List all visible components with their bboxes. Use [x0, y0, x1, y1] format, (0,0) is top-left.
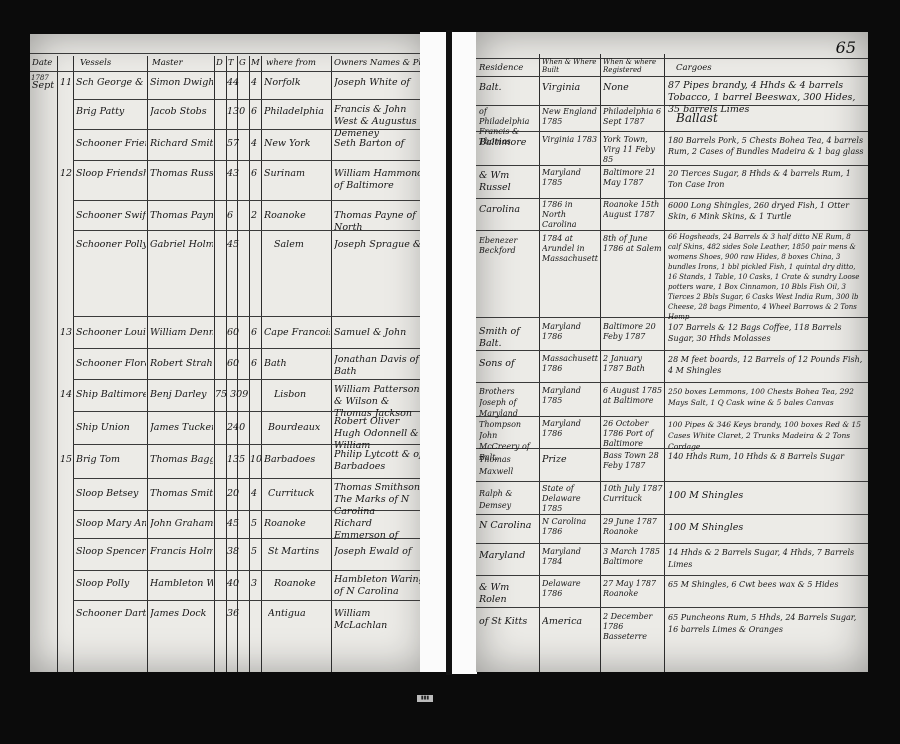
row-cargo: 65 Puncheons Rum, 5 Hhds, 24 Barrels Sug…: [668, 612, 864, 636]
column-rule: [600, 54, 601, 672]
microfilm-reel-label: ▮▮▮: [417, 695, 433, 702]
column-rule: [539, 54, 540, 672]
row-residence: Ebenezer Beckford: [479, 236, 537, 256]
row-tons: 20: [227, 488, 239, 500]
row-guns: 6: [251, 106, 257, 118]
row-owners: William Hammond of Baltimore: [334, 168, 426, 192]
row-vessel: Sloop Polly: [76, 578, 146, 590]
row-registered: York Town, Virg 11 Feby 85: [603, 135, 663, 165]
row-rule: [476, 607, 868, 608]
row-rule: [476, 350, 868, 351]
row-day: 11: [60, 77, 72, 89]
row-tons: 135: [227, 454, 245, 466]
row-cargo: 100 M Shingles: [668, 490, 743, 502]
header-rule-top: [30, 53, 428, 54]
row-master: Richard Smith: [150, 138, 213, 150]
row-master: Robert Strahan: [150, 358, 213, 370]
column-rule: [147, 56, 148, 672]
row-built: Prize: [542, 454, 598, 466]
page-gutter-right: [452, 32, 477, 674]
row-residence: Ralph & Demsey: [479, 488, 537, 512]
header-col2: T: [228, 57, 234, 69]
row-built: Maryland 1786: [542, 419, 598, 439]
row-day: 12: [60, 168, 72, 180]
row-registered: 10th July 1787 Currituck: [603, 484, 663, 504]
header-when-registered: When & where Registered: [603, 58, 663, 74]
row-tons: 240: [227, 422, 245, 434]
page-gutter-left: [420, 32, 447, 672]
row-vessel: Schooner Louis: [76, 327, 146, 339]
row-rule: [476, 165, 868, 166]
row-tons: 60: [227, 358, 239, 370]
row-master: Hambleton Waring: [150, 578, 213, 590]
row-vessel: Sloop Betsey: [76, 488, 146, 500]
row-owners: Samuel & John: [334, 327, 426, 339]
row-built: Virginia 1783: [542, 135, 598, 145]
page-number: 65: [836, 38, 856, 57]
right-ledger-page: 65 Residence When & Where Built When & w…: [476, 32, 868, 672]
row-tons: 57: [227, 138, 239, 150]
left-ledger-page: Date Vessels Master D T G M where from O…: [30, 34, 428, 672]
row-registered: Philadelphia 6 Sept 1787: [603, 107, 663, 127]
column-rule: [57, 56, 58, 672]
row-from: St Martins: [268, 546, 330, 558]
row-cargo: 140 Hhds Rum, 10 Hhds & 8 Barrels Sugar: [668, 451, 864, 463]
header-residence: Residence: [479, 62, 523, 74]
row-built: New England 1785: [542, 107, 598, 127]
row-rule: [73, 570, 428, 571]
row-vessel: Schooner Flora: [76, 358, 146, 370]
row-built: N Carolina 1786: [542, 517, 598, 537]
row-tons: 38: [227, 546, 239, 558]
row-built: 1784 at Arundel in Massachusetts: [542, 234, 598, 264]
row-cargo: 28 M feet boards, 12 Barrels of 12 Pound…: [668, 354, 864, 376]
row-residence: Brothers Joseph of Maryland: [479, 386, 537, 419]
row-from: Currituck: [268, 488, 330, 500]
row-from: Cape Francois: [264, 327, 330, 339]
row-residence: Baltimore: [479, 137, 537, 149]
row-vessel: Ship Baltimore: [76, 389, 146, 401]
column-rule: [73, 56, 74, 672]
row-registered: 29 June 1787 Roanoke: [603, 517, 663, 537]
row-cargo: 107 Barrels & 12 Bags Coffee, 118 Barrel…: [668, 322, 864, 344]
row-residence: Smith of Balt.: [479, 326, 537, 350]
row-tons: 44: [227, 77, 239, 89]
column-rule: [214, 56, 215, 672]
row-cargo: 6000 Long Shingles, 260 dryed Fish, 1 Ot…: [668, 200, 864, 222]
row-from: Bourdeaux: [268, 422, 330, 434]
row-day: 14: [60, 389, 72, 401]
row-rule: [476, 575, 868, 576]
row-from: Lisbon: [274, 389, 330, 401]
header-when-built: When & Where Built: [542, 58, 598, 74]
header-rule-top: [476, 58, 868, 59]
row-built: 1786 in North Carolina: [542, 200, 598, 230]
row-from: Roanoke: [264, 518, 330, 530]
row-built: Massachusetts 1786: [542, 354, 598, 374]
row-master: Francis Holmes: [150, 546, 213, 558]
row-rule: [476, 230, 868, 231]
row-rule: [73, 478, 428, 479]
row-master: Jacob Stobs: [150, 106, 213, 118]
row-built: Virginia: [542, 82, 598, 94]
row-master: Benj Darley: [150, 389, 213, 401]
row-tons: 40: [227, 578, 239, 590]
column-rule: [664, 54, 665, 672]
row-built: State of Delaware 1785: [542, 484, 598, 514]
row-cargo: 66 Hogsheads, 24 Barrels & 3 half ditto …: [668, 232, 864, 322]
row-owners: Thomas Payne of North: [334, 210, 426, 234]
row-owners: William Patterson & Wilson & Thomas Jack…: [334, 384, 426, 420]
row-guns: 5: [251, 546, 257, 558]
row-registered: Baltimore 21 May 1787: [603, 168, 663, 188]
row-registered: 3 March 1785 Baltimore: [603, 547, 663, 567]
row-registered: 26 October 1786 Port of Baltimore: [603, 419, 663, 449]
row-registered: Baltimore 20 Feby 1787: [603, 322, 663, 342]
row-rule: [73, 200, 428, 201]
row-guns: 6: [251, 168, 257, 180]
row-residence: of St Kitts: [479, 616, 537, 628]
row-tons: 36: [227, 608, 239, 620]
row-rule: [476, 514, 868, 515]
row-owners: Joseph White of: [334, 77, 426, 89]
row-residence: & Wm Rolen: [479, 582, 537, 606]
row-guns: 4: [251, 138, 257, 150]
row-guns: 6: [251, 358, 257, 370]
row-vessel: Brig Patty: [76, 106, 146, 118]
row-master: Gabriel Holman: [150, 239, 213, 251]
row-tons: 75 309: [215, 389, 248, 401]
row-owners: Thomas Smithson The Marks of N Carolina: [334, 482, 426, 518]
row-rule: [73, 160, 428, 161]
row-vessel: Schooner Dart: [76, 608, 146, 620]
row-guns: 6: [251, 327, 257, 339]
row-from: Barbadoes: [264, 454, 330, 466]
row-rule: [73, 348, 428, 349]
row-registered: Bass Town 28 Feby 1787: [603, 451, 663, 471]
row-master: James Dock: [150, 608, 213, 620]
row-residence: Thomas Maxwell: [479, 454, 537, 478]
header-date: Date: [32, 57, 52, 69]
row-cargo: Ballast: [676, 112, 718, 124]
row-rule: [73, 99, 428, 100]
row-residence: Carolina: [479, 204, 537, 216]
header-owners: Owners Names & Place: [334, 57, 428, 69]
row-built: Maryland 1785: [542, 386, 598, 406]
row-cargo: 65 M Shingles, 6 Cwt bees wax & 5 Hides: [668, 579, 864, 591]
row-cargo: 250 boxes Lemmons, 100 Chests Bohea Tea,…: [668, 386, 864, 408]
row-master: Thomas Bagg: [150, 454, 213, 466]
row-vessel: Ship Union: [76, 422, 146, 434]
header-rule-bottom: [476, 76, 868, 77]
row-residence: N Carolina: [479, 520, 537, 532]
row-from: Antigua: [268, 608, 330, 620]
header-vessels: Vessels: [80, 57, 111, 69]
row-vessel: Schooner Friendship: [76, 138, 146, 150]
row-built: Maryland 1784: [542, 547, 598, 567]
row-from: Roanoke: [264, 210, 330, 222]
row-master: John Graham: [150, 518, 213, 530]
row-registered: 27 May 1787 Roanoke: [603, 579, 663, 599]
row-tons: 45: [227, 239, 239, 251]
row-cargo: 20 Tierces Sugar, 8 Hhds & 4 barrels Rum…: [668, 168, 864, 190]
row-from: Salem: [274, 239, 330, 251]
row-rule: [476, 382, 868, 383]
column-rule: [261, 56, 262, 672]
row-tons: 60: [227, 327, 239, 339]
row-rule: [476, 543, 868, 544]
row-from: Norfolk: [264, 77, 330, 89]
row-registered: 2 December 1786 Basseterre: [603, 612, 663, 642]
row-registered: 2 January 1787 Bath: [603, 354, 663, 374]
row-registered: 8th of June 1786 at Salem: [603, 234, 663, 254]
row-vessel: Sch George & Betsey: [76, 77, 146, 89]
row-rule: [476, 481, 868, 482]
row-master: William Denny: [150, 327, 213, 339]
row-owners: William McLachlan: [334, 608, 426, 632]
row-vessel: Sloop Spencer: [76, 546, 146, 558]
row-cargo: 14 Hhds & 2 Barrels Sugar, 4 Hhds, 7 Bar…: [668, 547, 864, 571]
row-vessel: Brig Tom: [76, 454, 146, 466]
row-tons: 130: [227, 106, 245, 118]
row-built: America: [542, 616, 598, 628]
row-tons: 6: [227, 210, 233, 222]
row-residence: Sons of: [479, 358, 537, 370]
row-guns: 4: [251, 488, 257, 500]
row-registered: None: [603, 82, 663, 94]
row-master: Thomas Russel: [150, 168, 213, 180]
row-cargo: 100 Pipes & 346 Keys brandy, 100 boxes R…: [668, 419, 864, 452]
row-owners: Joseph Ewald of: [334, 546, 426, 558]
row-day: 15: [60, 454, 72, 466]
row-owners: Hambleton Waring of N Carolina: [334, 574, 426, 598]
row-built: Maryland 1785: [542, 168, 598, 188]
row-vessel: Schooner Swift: [76, 210, 146, 222]
header-cargoes: Cargoes: [676, 62, 712, 74]
column-rule: [249, 56, 250, 672]
row-rule: [73, 600, 428, 601]
row-rule: [476, 198, 868, 199]
row-master: Simon Dwight: [150, 77, 213, 89]
row-from: Roanoke: [274, 578, 330, 590]
header-master: Master: [152, 57, 183, 69]
row-from: Bath: [264, 358, 330, 370]
row-residence: Maryland: [479, 550, 537, 562]
row-guns: 4: [251, 77, 257, 89]
header-col4: M: [251, 57, 260, 69]
row-guns: 5: [251, 518, 257, 530]
row-from: Philadelphia: [264, 106, 330, 118]
row-owners: Robert Oliver Hugh Odonnell & William: [334, 416, 426, 452]
row-guns: 10: [250, 454, 262, 466]
row-built: Delaware 1786: [542, 579, 598, 599]
header-rule-bottom: [30, 71, 428, 72]
header-col1: D: [216, 57, 223, 69]
row-guns: 3: [251, 578, 257, 590]
row-day: 13: [60, 327, 72, 339]
row-from: Surinam: [264, 168, 330, 180]
row-built: Maryland 1786: [542, 322, 598, 342]
row-rule: [73, 379, 428, 380]
column-rule: [331, 56, 332, 672]
row-registered: Roanoke 15th August 1787: [603, 200, 663, 220]
row-registered: 6 August 1785 at Baltimore: [603, 386, 663, 406]
row-residence: Balt.: [479, 82, 537, 94]
row-vessel: Sloop Mary Ann: [76, 518, 146, 530]
row-owners: Seth Barton of: [334, 138, 426, 150]
row-cargo: 87 Pipes brandy, 4 Hhds & 4 barrels Toba…: [668, 80, 864, 116]
row-owners: Philip Lytcott & of Barbadoes: [334, 449, 426, 473]
row-owners: Richard Emmerson of: [334, 518, 426, 542]
row-master: James Tucker: [150, 422, 213, 434]
row-rule: [73, 316, 428, 317]
row-cargo: 100 M Shingles: [668, 522, 743, 534]
row-from: New York: [264, 138, 330, 150]
row-master: Thomas Payne: [150, 210, 213, 222]
row-owners: Francis & John West & Augustus Demeney: [334, 104, 426, 140]
date-month: Sept: [32, 80, 54, 92]
row-owners: Joseph Sprague &: [334, 239, 426, 251]
header-where-from: where from: [266, 57, 316, 69]
row-owners: Jonathan Davis of Bath: [334, 354, 426, 378]
row-residence: & Wm Russel: [479, 170, 537, 194]
row-master: Thomas Smithson: [150, 488, 213, 500]
header-col3: G: [239, 57, 246, 69]
row-tons: 43: [227, 168, 239, 180]
row-cargo: 180 Barrels Pork, 5 Chests Bohea Tea, 4 …: [668, 135, 864, 157]
row-vessel: Schooner Polly: [76, 239, 146, 251]
row-vessel: Sloop Friendship: [76, 168, 146, 180]
row-tons: 45: [227, 518, 239, 530]
row-guns: 2: [251, 210, 257, 222]
